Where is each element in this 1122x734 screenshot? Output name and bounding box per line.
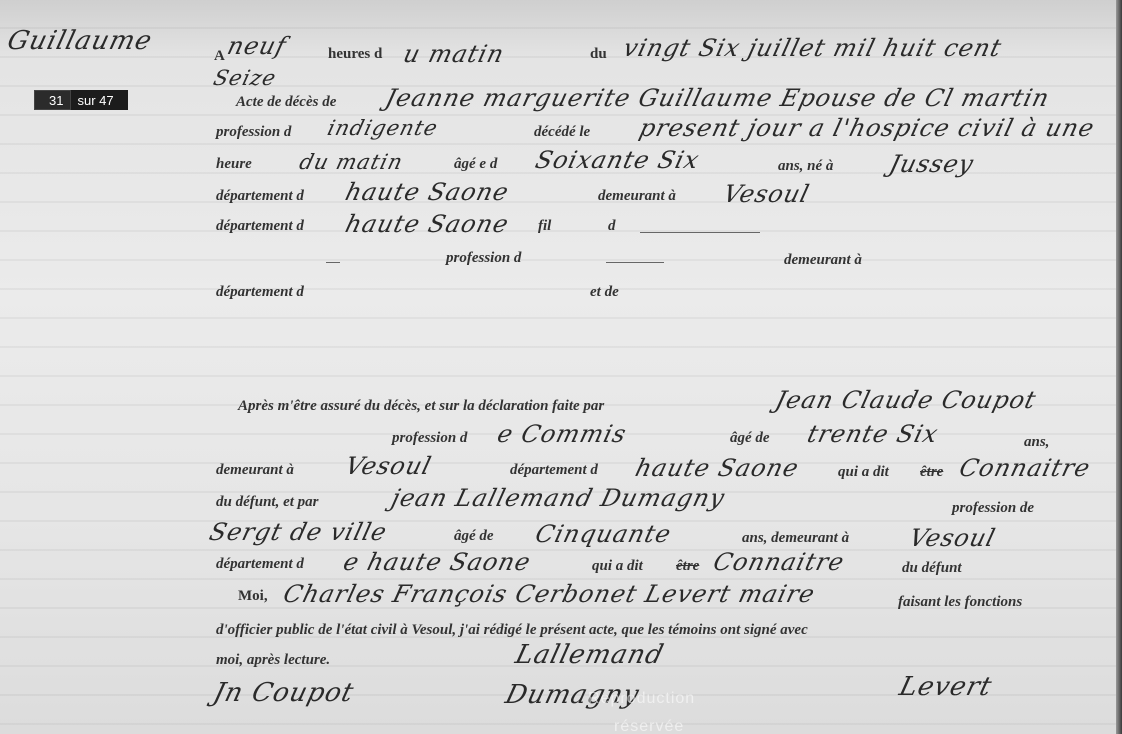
hw-mayor: Charles François Cerbonet Levert maire (281, 580, 819, 608)
print-age: âgé e d (454, 156, 497, 173)
print-faisant: faisant les fonctions (898, 594, 1022, 611)
hw-residence-w2: Vesoul (907, 524, 999, 552)
print-acte: Acte de décès de (236, 94, 336, 111)
page-counter: 31 sur 47 (34, 90, 128, 110)
signature-levert: Levert (896, 672, 995, 702)
print-profession-2: profession d (446, 250, 521, 267)
hw-matin: u matin (401, 40, 508, 68)
print-moi-apres: moi, après lecture. (216, 652, 330, 669)
print-quiadit-w1: qui a dit (838, 464, 889, 481)
print-demeurant-2: demeurant à (784, 252, 862, 269)
print-dept-w1: département d (510, 462, 598, 479)
hw-relation-w1: Connaitre (957, 454, 1094, 482)
hw-age-w2: Cinquante (533, 520, 675, 548)
hw-dept-w2: e haute Saone (341, 548, 534, 576)
print-departement-3: département d (216, 284, 304, 301)
print-du-defunt: du défunt, et par (216, 494, 319, 511)
print-profession-w2: profession de (952, 500, 1034, 517)
hw-date: vingt Six juillet mil huit cent (621, 34, 1005, 62)
print-du: du (590, 46, 607, 63)
print-dept-w2: département d (216, 556, 304, 573)
blank-line (640, 232, 760, 233)
hw-deceased-name: Jeanne marguerite Guillaume Epouse de Cl… (383, 84, 1053, 112)
print-departement-2: département d (216, 218, 304, 235)
hw-age: Soixante Six (533, 146, 703, 174)
watermark-line-1: Reproduction (588, 690, 695, 708)
print-du-defunt-2: du défunt (902, 560, 962, 577)
print-demeurant-w1: demeurant à (216, 462, 294, 479)
print-ans-ne: ans, né à (778, 158, 833, 175)
hw-dept-w1: haute Saone (633, 454, 803, 482)
blank-line (606, 262, 664, 263)
print-ans-w2: ans, demeurant à (742, 530, 849, 547)
print-heure: heure (216, 156, 252, 173)
print-apres: Après m'être assuré du décès, et sur la … (238, 398, 604, 415)
print-ans-w1: ans, (1024, 434, 1049, 451)
print-et-de: et de (590, 284, 619, 301)
hw-death-place: present jour a l'hospice civil à une (637, 114, 1098, 142)
print-d: d (608, 218, 616, 235)
print-heures: heures d (328, 46, 382, 63)
hw-profession-w1: e Commis (495, 420, 630, 448)
hw-residence-w1: Vesoul (343, 452, 435, 480)
print-moi: Moi, (238, 588, 268, 605)
print-age-w2: âgé de (454, 528, 494, 545)
print-decede: décédé le (534, 124, 590, 141)
hw-departement: haute Saone (343, 178, 513, 206)
signature-lallemand: Lallemand (512, 640, 667, 670)
document-viewer: 31 sur 47 Guillaume A neuf heures d u ma… (0, 0, 1122, 734)
watermark-line-2: réservée (614, 718, 684, 734)
hw-witness-2: jean Lallemand Dumagny (389, 484, 728, 512)
hw-profession-w2: Sergt de ville (207, 518, 391, 546)
print-fil: fil (538, 218, 551, 235)
blank-line (326, 262, 340, 263)
page-current[interactable]: 31 (34, 90, 71, 110)
margin-name: Guillaume (4, 26, 155, 56)
hw-residence: Vesoul (721, 180, 813, 208)
hw-age-w1: trente Six (805, 420, 942, 448)
hw-witness-1: Jean Claude Coupot (773, 386, 1040, 414)
print-etre-w1: être (920, 464, 943, 481)
hw-profession: indigente (325, 116, 441, 140)
print-quiadit-w2: qui a dit (592, 558, 643, 575)
print-demeurant: demeurant à (598, 188, 676, 205)
print-profession: profession d (216, 124, 291, 141)
hw-departement-2: haute Saone (343, 210, 513, 238)
hw-relation-w2: Connaitre (711, 548, 848, 576)
print-officier: d'officier public de l'état civil à Veso… (216, 622, 808, 639)
page-edge (1116, 0, 1122, 734)
signature-coupot: Jn Coupot (210, 678, 357, 708)
hw-year: Seize (211, 66, 279, 90)
print-departement: département d (216, 188, 304, 205)
hw-hour: neuf (225, 32, 290, 60)
page-total: sur 47 (71, 90, 127, 110)
print-age-w1: âgé de (730, 430, 770, 447)
print-profession-w1: profession d (392, 430, 467, 447)
hw-birthplace: Jussey (887, 150, 977, 178)
print-etre-w2: être (676, 558, 699, 575)
hw-time: du matin (297, 150, 406, 174)
print-a: A (214, 48, 225, 65)
